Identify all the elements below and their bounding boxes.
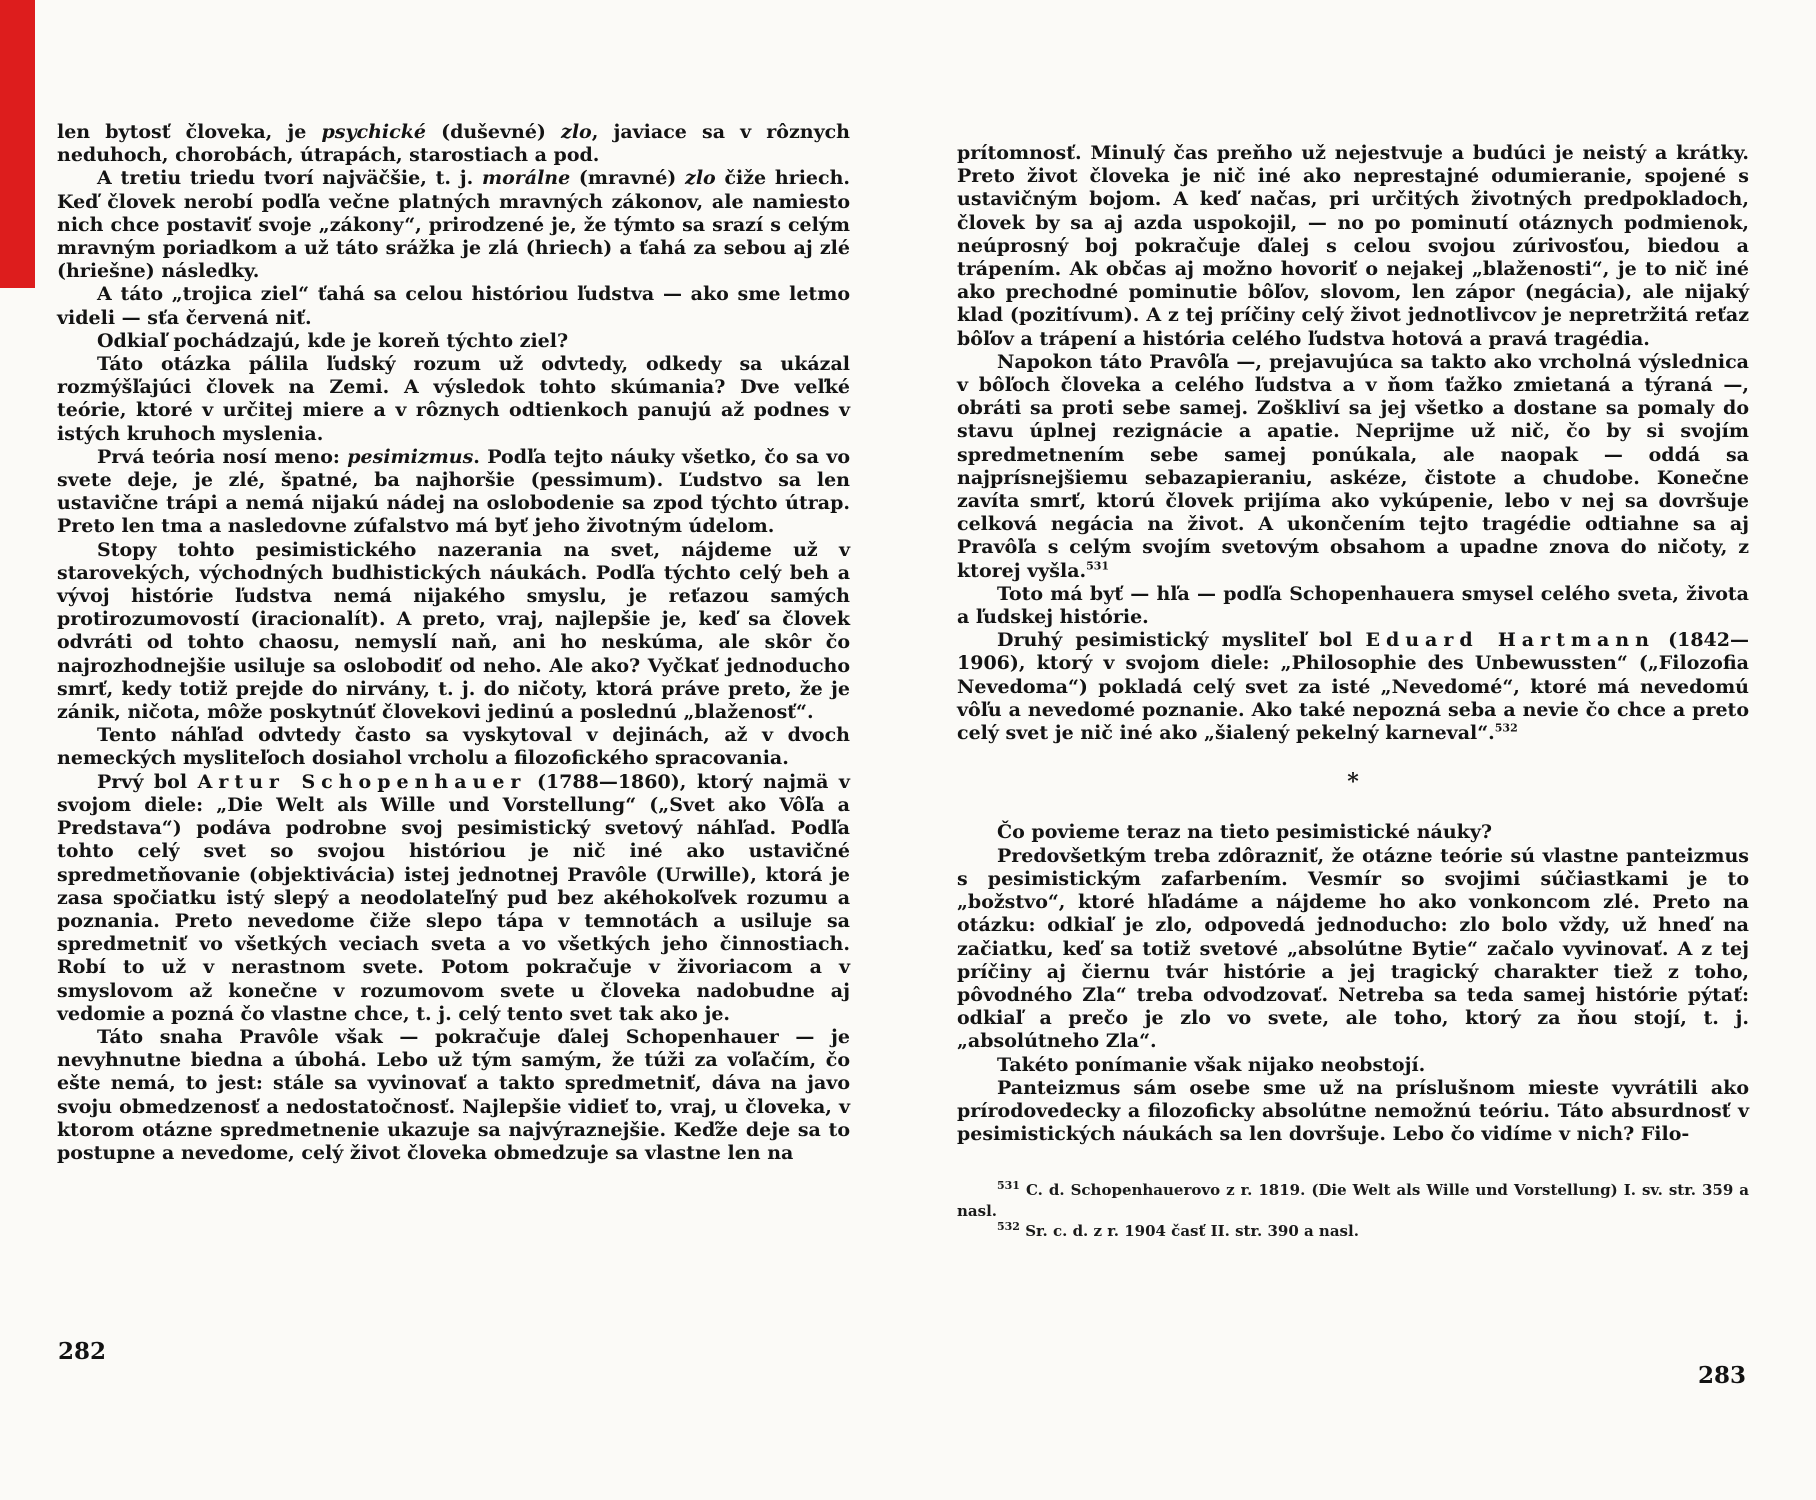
paragraph: Panteizmus sám osebe sme už na príslušno…: [957, 1077, 1749, 1147]
right-page-paragraphs-top: prítomnosť. Minulý čas preňho už nejestv…: [957, 142, 1749, 745]
text-segment: zlo: [561, 121, 592, 143]
text-segment: Eduard Hartmann: [1365, 629, 1654, 651]
paragraph: Táto otázka pálila ľudský rozum už odvte…: [57, 353, 850, 446]
text-segment: Čo povieme teraz na tieto pesimistické n…: [997, 821, 1492, 843]
paragraph: Prvý bol Artur Schopenhauer (1788—1860),…: [57, 771, 850, 1026]
footnote-reference: 531: [1086, 559, 1109, 572]
paragraph: Táto snaha Pravôle však — pokračuje ďale…: [57, 1026, 850, 1165]
section-separator-asterisk: *: [957, 771, 1749, 794]
text-segment: Táto otázka pálila ľudský rozum už odvte…: [57, 353, 850, 445]
paragraph: Napokon táto Pravôľa —, prejavujúca sa t…: [957, 351, 1749, 583]
text-segment: Prvý bol: [97, 771, 198, 793]
text-segment: pesimizmus: [347, 446, 473, 468]
page-number-right: 283: [1698, 1362, 1746, 1389]
paragraph: Takéto ponímanie však nijako neobstojí.: [957, 1054, 1749, 1077]
text-segment: len bytosť človeka, je: [57, 121, 322, 143]
paragraph: Stopy tohto pesimistického nazerania na …: [57, 539, 850, 725]
paragraph: A táto „trojica ziel“ ťahá sa celou hist…: [57, 283, 850, 329]
text-segment: Napokon táto Pravôľa —, prejavujúca sa t…: [957, 351, 1749, 582]
paragraph: Odkiaľ pochádzajú, kde je koreň týchto z…: [57, 330, 850, 353]
text-segment: Tento náhľad odvtedy často sa vyskytoval…: [57, 724, 850, 769]
footnote-marker: 532: [997, 1220, 1020, 1233]
footnote: 531 C. d. Schopenhauerovo z r. 1819. (Di…: [957, 1180, 1749, 1221]
footnote-reference: 532: [1495, 722, 1518, 735]
left-page-paragraphs: len bytosť človeka, je psychické (duševn…: [57, 121, 850, 1165]
text-segment: Toto má byť — hľa — podľa Schopenhauera …: [957, 583, 1749, 628]
left-page-text-column: len bytosť človeka, je psychické (duševn…: [57, 121, 850, 1165]
paragraph: Toto má byť — hľa — podľa Schopenhauera …: [957, 583, 1749, 629]
text-segment: Táto snaha Pravôle však — pokračuje ďale…: [57, 1026, 850, 1164]
text-segment: Takéto ponímanie však nijako neobstojí.: [997, 1054, 1425, 1076]
text-segment: (1788—1860), ktorý najmä v svojom diele:…: [57, 771, 850, 1025]
text-segment: Odkiaľ pochádzajú, kde je koreň týchto z…: [97, 330, 568, 352]
text-segment: A táto „trojica ziel“ ťahá sa celou hist…: [57, 283, 850, 328]
text-segment: prítomnosť. Minulý čas preňho už nejestv…: [957, 142, 1749, 350]
text-segment: morálne: [482, 167, 570, 189]
text-segment: (mravné): [570, 167, 685, 189]
text-segment: zlo: [685, 167, 716, 189]
text-segment: A tretiu triedu tvorí najväčšie, t. j.: [97, 167, 482, 189]
page-number-left: 282: [58, 1338, 106, 1365]
paragraph: Čo povieme teraz na tieto pesimistické n…: [957, 821, 1749, 844]
text-segment: Artur Schopenhauer: [198, 771, 527, 793]
paragraph: Predovšetkým treba zdôrazniť, že otázne …: [957, 845, 1749, 1054]
paragraph: A tretiu triedu tvorí najväčšie, t. j. m…: [57, 167, 850, 283]
text-segment: Predovšetkým treba zdôrazniť, že otázne …: [957, 845, 1749, 1053]
text-segment: (duševné): [426, 121, 561, 143]
right-page-paragraphs-bottom: Čo povieme teraz na tieto pesimistické n…: [957, 821, 1749, 1146]
text-segment: Panteizmus sám osebe sme už na príslušno…: [957, 1077, 1749, 1145]
footnote-marker: 531: [997, 1179, 1020, 1192]
text-segment: Prvá teória nosí meno:: [97, 446, 347, 468]
footnote: 532 Sr. c. d. z r. 1904 časť II. str. 39…: [957, 1221, 1749, 1242]
paragraph: len bytosť človeka, je psychické (duševn…: [57, 121, 850, 167]
footnotes-block: 531 C. d. Schopenhauerovo z r. 1819. (Di…: [957, 1180, 1749, 1242]
book-scan: { "decor": { "ribbon_red": "#dd1d1d", "p…: [0, 0, 1816, 1500]
paragraph: Druhý pesimistický mysliteľ bol Eduard H…: [957, 629, 1749, 745]
text-segment: Stopy tohto pesimistického nazerania na …: [57, 539, 850, 723]
paragraph: Prvá teória nosí meno: pesimizmus. Podľa…: [57, 446, 850, 539]
right-page-text-column: prítomnosť. Minulý čas preňho už nejestv…: [957, 142, 1749, 1242]
footnote-text: C. d. Schopenhauerovo z r. 1819. (Die We…: [957, 1181, 1749, 1220]
paragraph: prítomnosť. Minulý čas preňho už nejestv…: [957, 142, 1749, 351]
text-segment: psychické: [322, 121, 426, 143]
red-ribbon-bookmark: [0, 0, 35, 288]
text-segment: Druhý pesimistický mysliteľ bol: [997, 629, 1365, 651]
paragraph: Tento náhľad odvtedy často sa vyskytoval…: [57, 724, 850, 770]
footnote-text: Sr. c. d. z r. 1904 časť II. str. 390 a …: [1020, 1222, 1359, 1240]
